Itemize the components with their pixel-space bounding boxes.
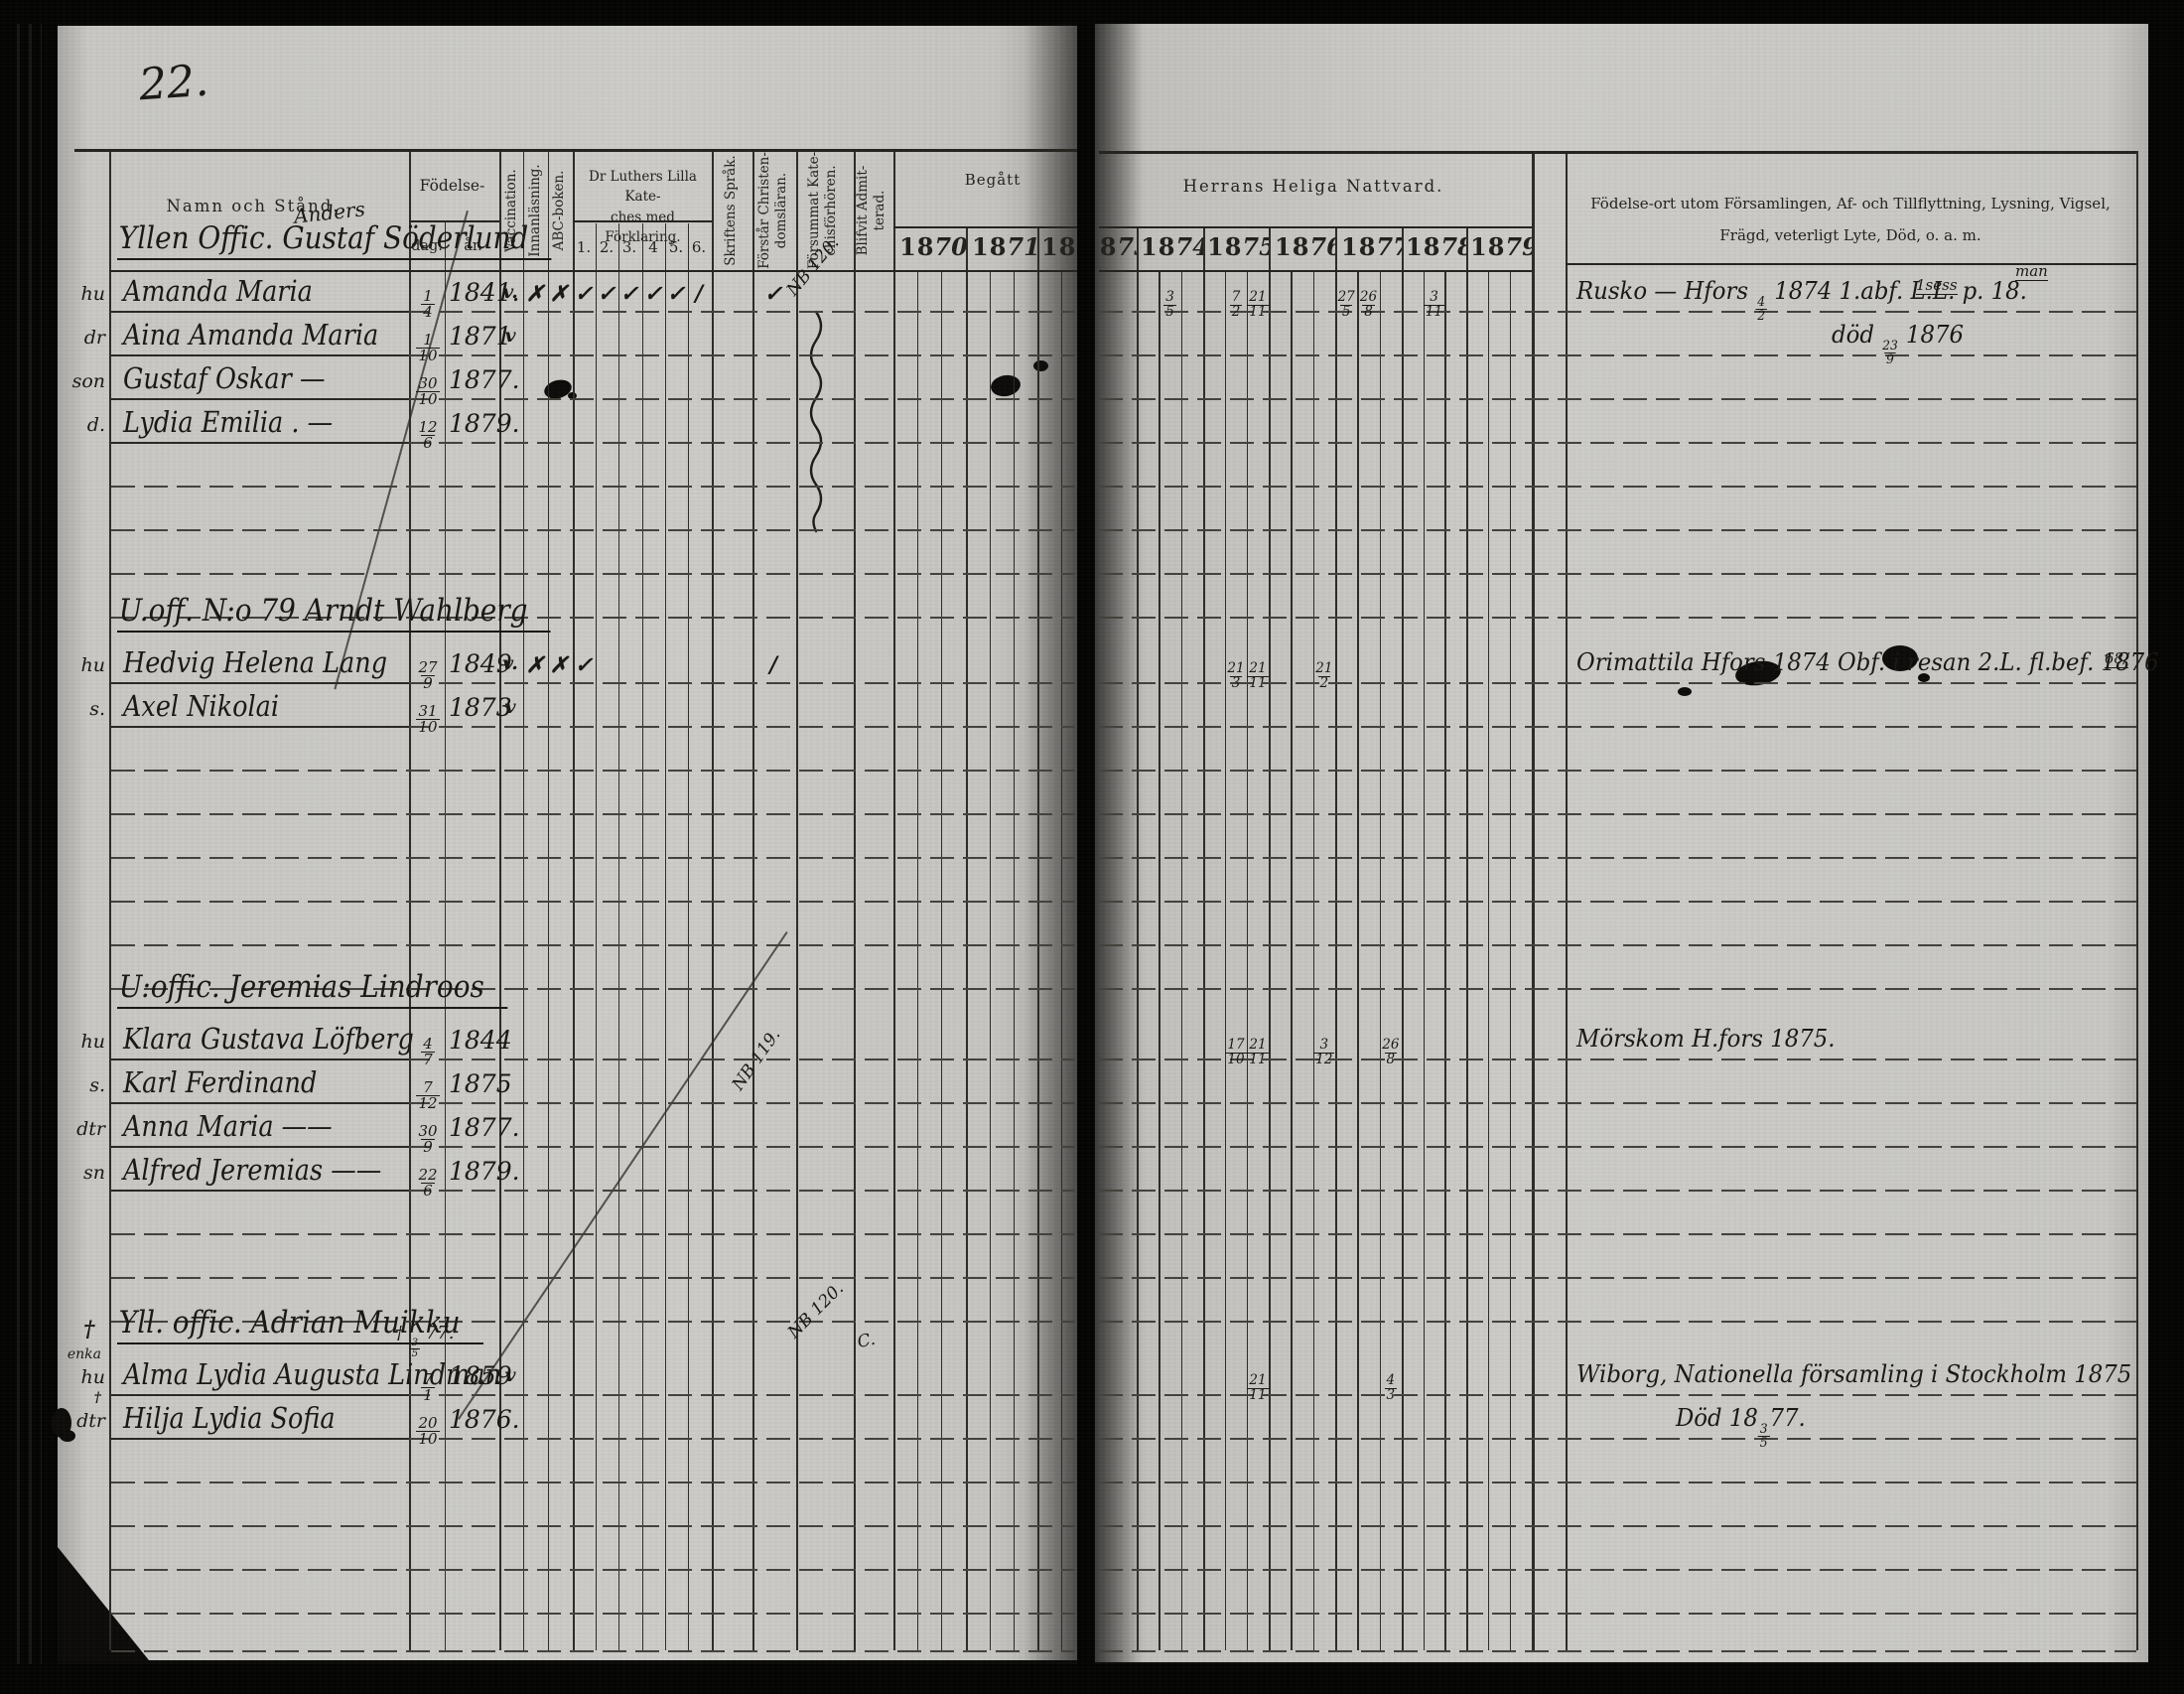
- family-head: Yllen Offic. Gustaf Söderlund: [117, 220, 600, 266]
- birth-year: 1879.: [449, 409, 520, 438]
- katekes-mark: ✓: [572, 281, 596, 307]
- member-underline: [111, 1394, 409, 1396]
- column-header-understands-doctrine: Förstår Christen- domsläran.: [753, 151, 793, 270]
- birth-day: 279: [411, 650, 445, 691]
- birth-day: 47: [411, 1027, 445, 1067]
- member-relation-label: s.: [58, 1074, 105, 1096]
- year-label-1875: 1875.: [1203, 232, 1269, 266]
- member-relation-label: hu: [58, 654, 105, 676]
- column-line: [854, 149, 856, 1650]
- row-line: [111, 770, 1075, 772]
- member-relation-label: d.: [58, 414, 105, 436]
- note-superscript: 1sess: [1916, 276, 1958, 295]
- birth-year: 1844: [449, 1026, 512, 1055]
- katekes-subcolumn-label: 3.: [617, 238, 641, 256]
- row-line: [1099, 442, 2136, 444]
- column-line: [109, 149, 111, 1650]
- column-line: [1225, 270, 1226, 1650]
- column-line: [1357, 270, 1358, 1650]
- birth-day: 14: [411, 279, 445, 320]
- row-line: [1099, 486, 2136, 488]
- birth-year: 1876.: [449, 1405, 520, 1434]
- column-line: [1402, 226, 1404, 1650]
- vaccination-mark: v.: [498, 652, 522, 674]
- year-label-1872: 1872.: [1037, 232, 1077, 266]
- row-line: [111, 1525, 1075, 1527]
- column-header-admitted: Blifvit Admit- terad.: [852, 151, 891, 270]
- column-line: [796, 149, 798, 1650]
- note-text: Mörskom H.fors 1875.: [1576, 1025, 1836, 1053]
- member-row-name: Lydia Emilia . —: [123, 405, 361, 439]
- row-line: [1099, 1613, 2136, 1615]
- member-row-name: Anna Maria ——: [123, 1109, 360, 1143]
- row-line: [1099, 988, 2136, 990]
- communion-date: 311: [1421, 279, 1448, 319]
- column-line: [1488, 270, 1489, 1650]
- column-line: [688, 223, 689, 1650]
- column-header-begatt: Begått: [923, 171, 1062, 189]
- member-underline: [111, 442, 409, 444]
- row-line: [1099, 1650, 2136, 1652]
- row-line: [1099, 1321, 2136, 1323]
- row-line: [1099, 529, 2136, 531]
- row-line: [111, 1569, 1075, 1571]
- communion-date: 2111: [1244, 650, 1272, 690]
- member-name: Hilja Lydia Sofia: [123, 1401, 336, 1435]
- member-row-name: Karl Ferdinand: [123, 1065, 343, 1099]
- row-line: [111, 1482, 1075, 1483]
- member-row-name: Hedvig Helena Lang: [123, 645, 423, 679]
- member-name: Anna Maria ——: [123, 1109, 333, 1143]
- column-line: [1313, 270, 1314, 1650]
- scan-edge-right: [2148, 0, 2184, 1694]
- year-label-1878: 1878.: [1402, 232, 1466, 266]
- row-line: [1099, 1525, 2136, 1527]
- column-line: [1444, 270, 1445, 1650]
- member-relation-label: sn: [58, 1162, 105, 1184]
- family-head-name: Yllen Offic. Gustaf Söderlund: [117, 220, 552, 260]
- scan-edge-top: [0, 0, 2184, 24]
- member-underline: [111, 726, 409, 728]
- row-line: [1099, 1482, 2136, 1483]
- family-head-name: U.off. N:o 79 Arndt Wahlberg: [117, 593, 551, 633]
- member-name: Karl Ferdinand: [123, 1065, 317, 1099]
- column-header-birth: Födelse-: [405, 177, 499, 195]
- family-head-name: U:offic. Jeremias Lindroos: [117, 969, 507, 1009]
- member-row-name: Axel Nikolai: [123, 689, 300, 723]
- column-line: [1181, 270, 1182, 1650]
- row-line: [1099, 770, 2136, 772]
- rule-line: [1566, 263, 2136, 265]
- birth-year: 1875: [449, 1069, 512, 1098]
- member-relation-label: dtr: [58, 1410, 105, 1432]
- katekes-mark: ✓: [572, 652, 596, 678]
- katekes-mark: ✓: [617, 281, 641, 307]
- diagonal-annotation: C.: [856, 1330, 878, 1352]
- right-page: [1095, 22, 2148, 1662]
- column-line: [1159, 270, 1160, 1650]
- communion-date: 2111: [1244, 1027, 1272, 1066]
- vaccination-mark: v: [498, 325, 522, 347]
- communion-date: 268: [1355, 279, 1383, 319]
- column-line: [1335, 226, 1337, 1650]
- column-line: [642, 223, 643, 1650]
- abc-book-mark: ✗: [547, 652, 571, 678]
- vaccination-mark: v.: [498, 281, 522, 303]
- member-row-name: Klara Gustava Löfberg: [123, 1022, 454, 1056]
- year-label-1876: 1876.: [1269, 232, 1335, 266]
- row-line: [111, 901, 1075, 903]
- column-line: [1424, 270, 1425, 1650]
- member-underline: [111, 1146, 409, 1148]
- katekes-mark: ✓: [641, 281, 665, 307]
- vaccination-mark: v: [498, 696, 522, 718]
- row-line: [1099, 726, 2136, 728]
- row-line: [1099, 1438, 2136, 1440]
- katekes-subcolumn-label: 5.: [664, 238, 688, 256]
- row-line: [1099, 1233, 2136, 1235]
- column-line: [1380, 270, 1381, 1650]
- row-line: [1099, 901, 2136, 903]
- ink-blot: [1033, 360, 1048, 371]
- member-name: Axel Nikolai: [123, 689, 279, 723]
- communion-date: 43: [1377, 1362, 1405, 1402]
- member-underline: [111, 1438, 409, 1440]
- column-line: [1247, 270, 1248, 1650]
- communion-date: 35: [1157, 279, 1184, 319]
- reading-mark: ✗: [523, 652, 547, 678]
- birth-day: 3010: [411, 366, 445, 407]
- katekes-mark: /: [687, 281, 711, 307]
- birth-year: 1879.: [449, 1157, 520, 1186]
- row-line: [111, 1277, 1075, 1279]
- member-relation-label: s.: [58, 698, 105, 720]
- column-line: [1014, 270, 1015, 1650]
- row-line: [1099, 398, 2136, 400]
- member-relation-label: hu: [58, 1031, 105, 1053]
- column-line: [966, 226, 968, 1650]
- row-line: [111, 1613, 1075, 1615]
- birth-day: 712: [411, 1070, 445, 1111]
- row-line: [1099, 573, 2136, 575]
- birth-day: 3110: [411, 694, 445, 735]
- note-text: Orimattila Hfors 1874 Obf. i resan 2.L. …: [1576, 648, 2159, 676]
- member-relation-label: dtr: [58, 1118, 105, 1140]
- row-line: [111, 857, 1075, 859]
- note-superscript: 68/: [2105, 649, 2128, 668]
- member-name: Amanda Maria: [123, 274, 313, 308]
- rule-line: [74, 149, 1077, 152]
- row-line: [1099, 1277, 2136, 1279]
- year-label-1874: 1874.: [1137, 232, 1203, 266]
- year-label-1879: 1879.: [1466, 232, 1532, 266]
- member-underline: [111, 1190, 409, 1192]
- member-underline: [111, 1102, 409, 1104]
- row-line: [111, 944, 1075, 946]
- member-relation-label: son: [58, 370, 105, 392]
- row-line: [1099, 617, 2136, 619]
- column-line: [752, 149, 754, 1650]
- note-text: död 239 1876: [1832, 321, 1964, 366]
- row-line: [1099, 1146, 2136, 1148]
- member-underline: [111, 354, 409, 356]
- column-line: [1137, 226, 1139, 1650]
- column-line: [893, 149, 895, 1650]
- note-text: Död 183577.: [1676, 1404, 1806, 1450]
- column-line: [712, 149, 714, 1650]
- communion-date: 2111: [1244, 279, 1272, 319]
- rule-line: [1099, 270, 1532, 272]
- column-line: [445, 220, 446, 1650]
- birth-day: 110: [411, 323, 445, 363]
- vaccination-mark: v: [498, 1364, 522, 1386]
- family-head-suffix: † 35 77.: [395, 1323, 454, 1359]
- note-text: Wiborg, Nationella församling i Stockhol…: [1576, 1360, 2131, 1388]
- year-label-1873: 1873.: [1098, 232, 1137, 266]
- family-head-margin-mark: †: [83, 1317, 95, 1342]
- member-underline: [111, 398, 409, 400]
- column-line: [1510, 270, 1511, 1650]
- column-line: [596, 223, 597, 1650]
- member-underline: [111, 682, 409, 684]
- year-label-1877: 1877.: [1335, 232, 1402, 266]
- column-line: [1037, 226, 1039, 1650]
- page-number: 22.: [137, 56, 209, 111]
- member-row-name: Amanda Maria: [123, 274, 339, 308]
- column-line: [523, 149, 524, 1650]
- column-line: [618, 223, 619, 1650]
- year-label-1871: 1871.: [966, 232, 1037, 266]
- wavy-bracket: [804, 310, 828, 544]
- row-line: [111, 813, 1075, 815]
- member-relation-annotation: †: [50, 1390, 101, 1406]
- birth-day: 226: [411, 1158, 445, 1199]
- row-line: [111, 573, 1075, 575]
- year-label-1870: 1870.: [893, 232, 966, 266]
- reading-mark: ✗: [523, 281, 547, 307]
- column-line: [665, 223, 666, 1650]
- note-superscript: man: [2015, 262, 2048, 281]
- family-head: U.off. N:o 79 Arndt Wahlberg: [117, 593, 599, 638]
- rule-line: [1099, 226, 1532, 228]
- family-head: Yll. offic. Adrian Muikku: [117, 1305, 524, 1350]
- row-line: [111, 1650, 1075, 1652]
- communion-date: 268: [1377, 1027, 1405, 1066]
- member-row-name: Gustaf Oskar —: [123, 361, 352, 395]
- katekes-mark: ✓: [595, 281, 618, 307]
- member-name: Hedvig Helena Lang: [123, 645, 387, 679]
- column-header-notes: Födelse-ort utom Församlingen, Af- och T…: [1576, 189, 2124, 251]
- row-line: [1099, 857, 2136, 859]
- doctrine-mark: /: [761, 652, 785, 678]
- katekes-subcolumn-label: 4: [641, 238, 665, 256]
- member-underline: [111, 311, 409, 313]
- birth-day: 126: [411, 410, 445, 451]
- column-line: [1061, 270, 1062, 1650]
- birth-day: 2010: [411, 1406, 445, 1447]
- scan-edge-bottom: [0, 1664, 2184, 1694]
- row-line: [1099, 1190, 2136, 1192]
- column-line: [1203, 226, 1205, 1650]
- column-header-communion: Herrans Heliga Nattvard.: [1135, 177, 1492, 196]
- member-name: Gustaf Oskar —: [123, 361, 325, 395]
- row-line: [111, 529, 1075, 531]
- member-name: Klara Gustava Löfberg: [123, 1022, 414, 1056]
- katekes-subcolumn-label: 6.: [687, 238, 711, 256]
- member-relation-label: hu: [58, 283, 105, 305]
- communion-date: 212: [1310, 650, 1338, 690]
- ink-blot: [1678, 687, 1692, 696]
- family-head: U:offic. Jeremias Lindroos: [117, 969, 551, 1015]
- row-line: [111, 1233, 1075, 1235]
- member-name: Lydia Emilia . —: [123, 405, 333, 439]
- rule-line: [1099, 151, 2136, 154]
- scanned-parish-register: 22. Namn och Stånd. Födelse- dag. år. Va…: [0, 0, 2184, 1694]
- member-name: Aina Amanda Maria: [123, 318, 378, 352]
- column-line: [917, 270, 918, 1650]
- member-name: Alfred Jeremias ——: [123, 1153, 381, 1187]
- doctrine-mark: ✓: [761, 281, 785, 307]
- katekes-mark: ✓: [664, 281, 688, 307]
- column-line: [2136, 151, 2138, 1650]
- abc-book-mark: ✗: [547, 281, 571, 307]
- communion-date: 2111: [1244, 1362, 1272, 1402]
- column-header-scripture-language: Skriftens Språk.: [713, 151, 749, 270]
- row-line: [1099, 1102, 2136, 1104]
- spine-edge-left: [0, 0, 58, 1694]
- column-line: [573, 149, 575, 1650]
- row-line: [111, 486, 1075, 488]
- row-line: [1099, 944, 2136, 946]
- member-relation-annotation: enka: [50, 1346, 101, 1362]
- communion-date: 312: [1310, 1027, 1338, 1066]
- column-line: [941, 270, 942, 1650]
- column-line: [990, 270, 991, 1650]
- row-line: [1099, 813, 2136, 815]
- rule-line: [109, 270, 1077, 272]
- birth-year: 1877.: [449, 365, 520, 394]
- member-row-name: Alfred Jeremias ——: [123, 1153, 417, 1187]
- gutter: [1077, 0, 1095, 1694]
- birth-day: 71: [411, 1362, 445, 1403]
- member-row-name: Hilja Lydia Sofia: [123, 1401, 364, 1435]
- column-line: [548, 149, 549, 1650]
- column-line: [1291, 270, 1292, 1650]
- member-relation-label: dr: [58, 327, 105, 349]
- birth-day: 309: [411, 1114, 445, 1155]
- note-text: Rusko — Hfors 42 1874 1.abf. L.L. p. 18.: [1576, 277, 2027, 323]
- rule-line: [893, 226, 1077, 228]
- birth-year: 1877.: [449, 1113, 520, 1142]
- row-line: [1099, 354, 2136, 356]
- member-underline: [111, 1059, 409, 1060]
- column-line: [1269, 226, 1271, 1650]
- row-line: [1099, 1569, 2136, 1571]
- member-row-name: Aina Amanda Maria: [123, 318, 413, 352]
- column-line: [1466, 226, 1468, 1650]
- member-relation-label: hu: [58, 1366, 105, 1388]
